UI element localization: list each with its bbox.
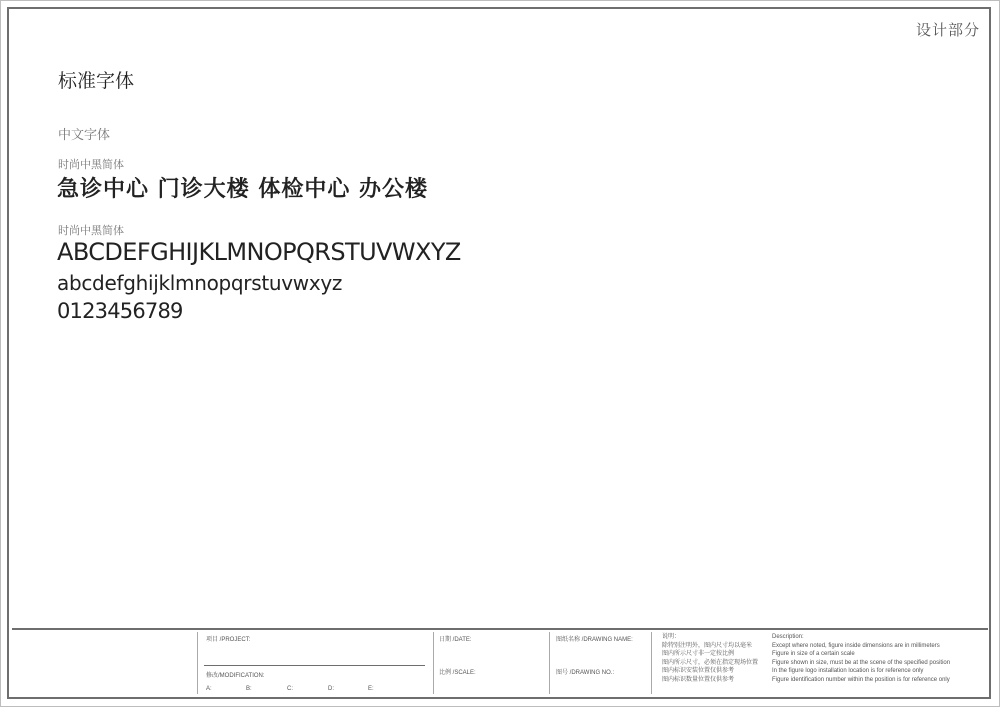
project-label: 项目 /PROJECT:	[206, 634, 250, 643]
modification-b: B:	[246, 686, 252, 692]
note-line: In the figure logo installation location…	[772, 667, 950, 676]
note-line: Description:	[772, 633, 950, 642]
note-line: 除特别注明外，图内尺寸均以毫米	[662, 642, 758, 651]
note-line: 图内所示尺寸非一定按比例	[662, 650, 758, 659]
note-line: Figure identification number within the …	[772, 676, 950, 685]
title-block-divider	[651, 632, 652, 694]
note-line: Except where noted, figure inside dimens…	[772, 642, 950, 651]
modification-e: E:	[368, 686, 374, 692]
drawing-frame	[7, 7, 991, 699]
uppercase-sample: ABCDEFGHIJKLMNOPQRSTUVWXYZ	[57, 238, 461, 266]
modification-d: D:	[328, 686, 334, 692]
modification-label: 修改/MODIFICATION:	[206, 670, 265, 679]
drawing-name-label: 图纸名称 /DRAWING NAME:	[556, 634, 633, 643]
sub-heading-chinese-font: 中文字体	[58, 124, 110, 143]
note-line: Figure shown in size, must be at the sce…	[772, 659, 950, 668]
font-name-label-chinese: 时尚中黑简体	[58, 156, 124, 172]
font-name-label-latin: 时尚中黑简体	[58, 222, 124, 238]
note-line: Figure in size of a certain scale	[772, 650, 950, 659]
date-label: 日期 /DATE:	[439, 634, 472, 643]
drawing-number-label: 图号 /DRAWING NO.:	[556, 667, 614, 676]
section-tag: 设计部分	[916, 19, 980, 40]
note-line: 图内标识安装位置仅供参考	[662, 667, 758, 676]
modification-c: C:	[287, 686, 293, 692]
notes-english: Description: Except where noted, figure …	[772, 633, 950, 685]
title-block-top-border	[12, 628, 988, 630]
modification-a: A:	[206, 686, 212, 692]
title-block-divider	[433, 632, 434, 694]
digits-sample: 0123456789	[57, 299, 183, 323]
lowercase-sample: abcdefghijklmnopqrstuvwxyz	[57, 271, 342, 295]
notes-chinese: 说明： 除特别注明外，图内尺寸均以毫米 图内所示尺寸非一定按比例 图内所示尺寸，…	[662, 633, 758, 685]
scale-label: 比例 /SCALE:	[439, 667, 476, 676]
note-line: 说明：	[662, 633, 758, 642]
chinese-font-sample: 急诊中心 门诊大楼 体检中心 办公楼	[57, 172, 428, 203]
title-block-divider	[549, 632, 550, 694]
modification-divider	[204, 665, 425, 666]
title-block-divider	[197, 632, 198, 694]
note-line: 图内所示尺寸，必须在指定现场位置	[662, 659, 758, 668]
note-line: 图内标识数量位置仅供参考	[662, 676, 758, 685]
page-title: 标准字体	[58, 66, 134, 93]
